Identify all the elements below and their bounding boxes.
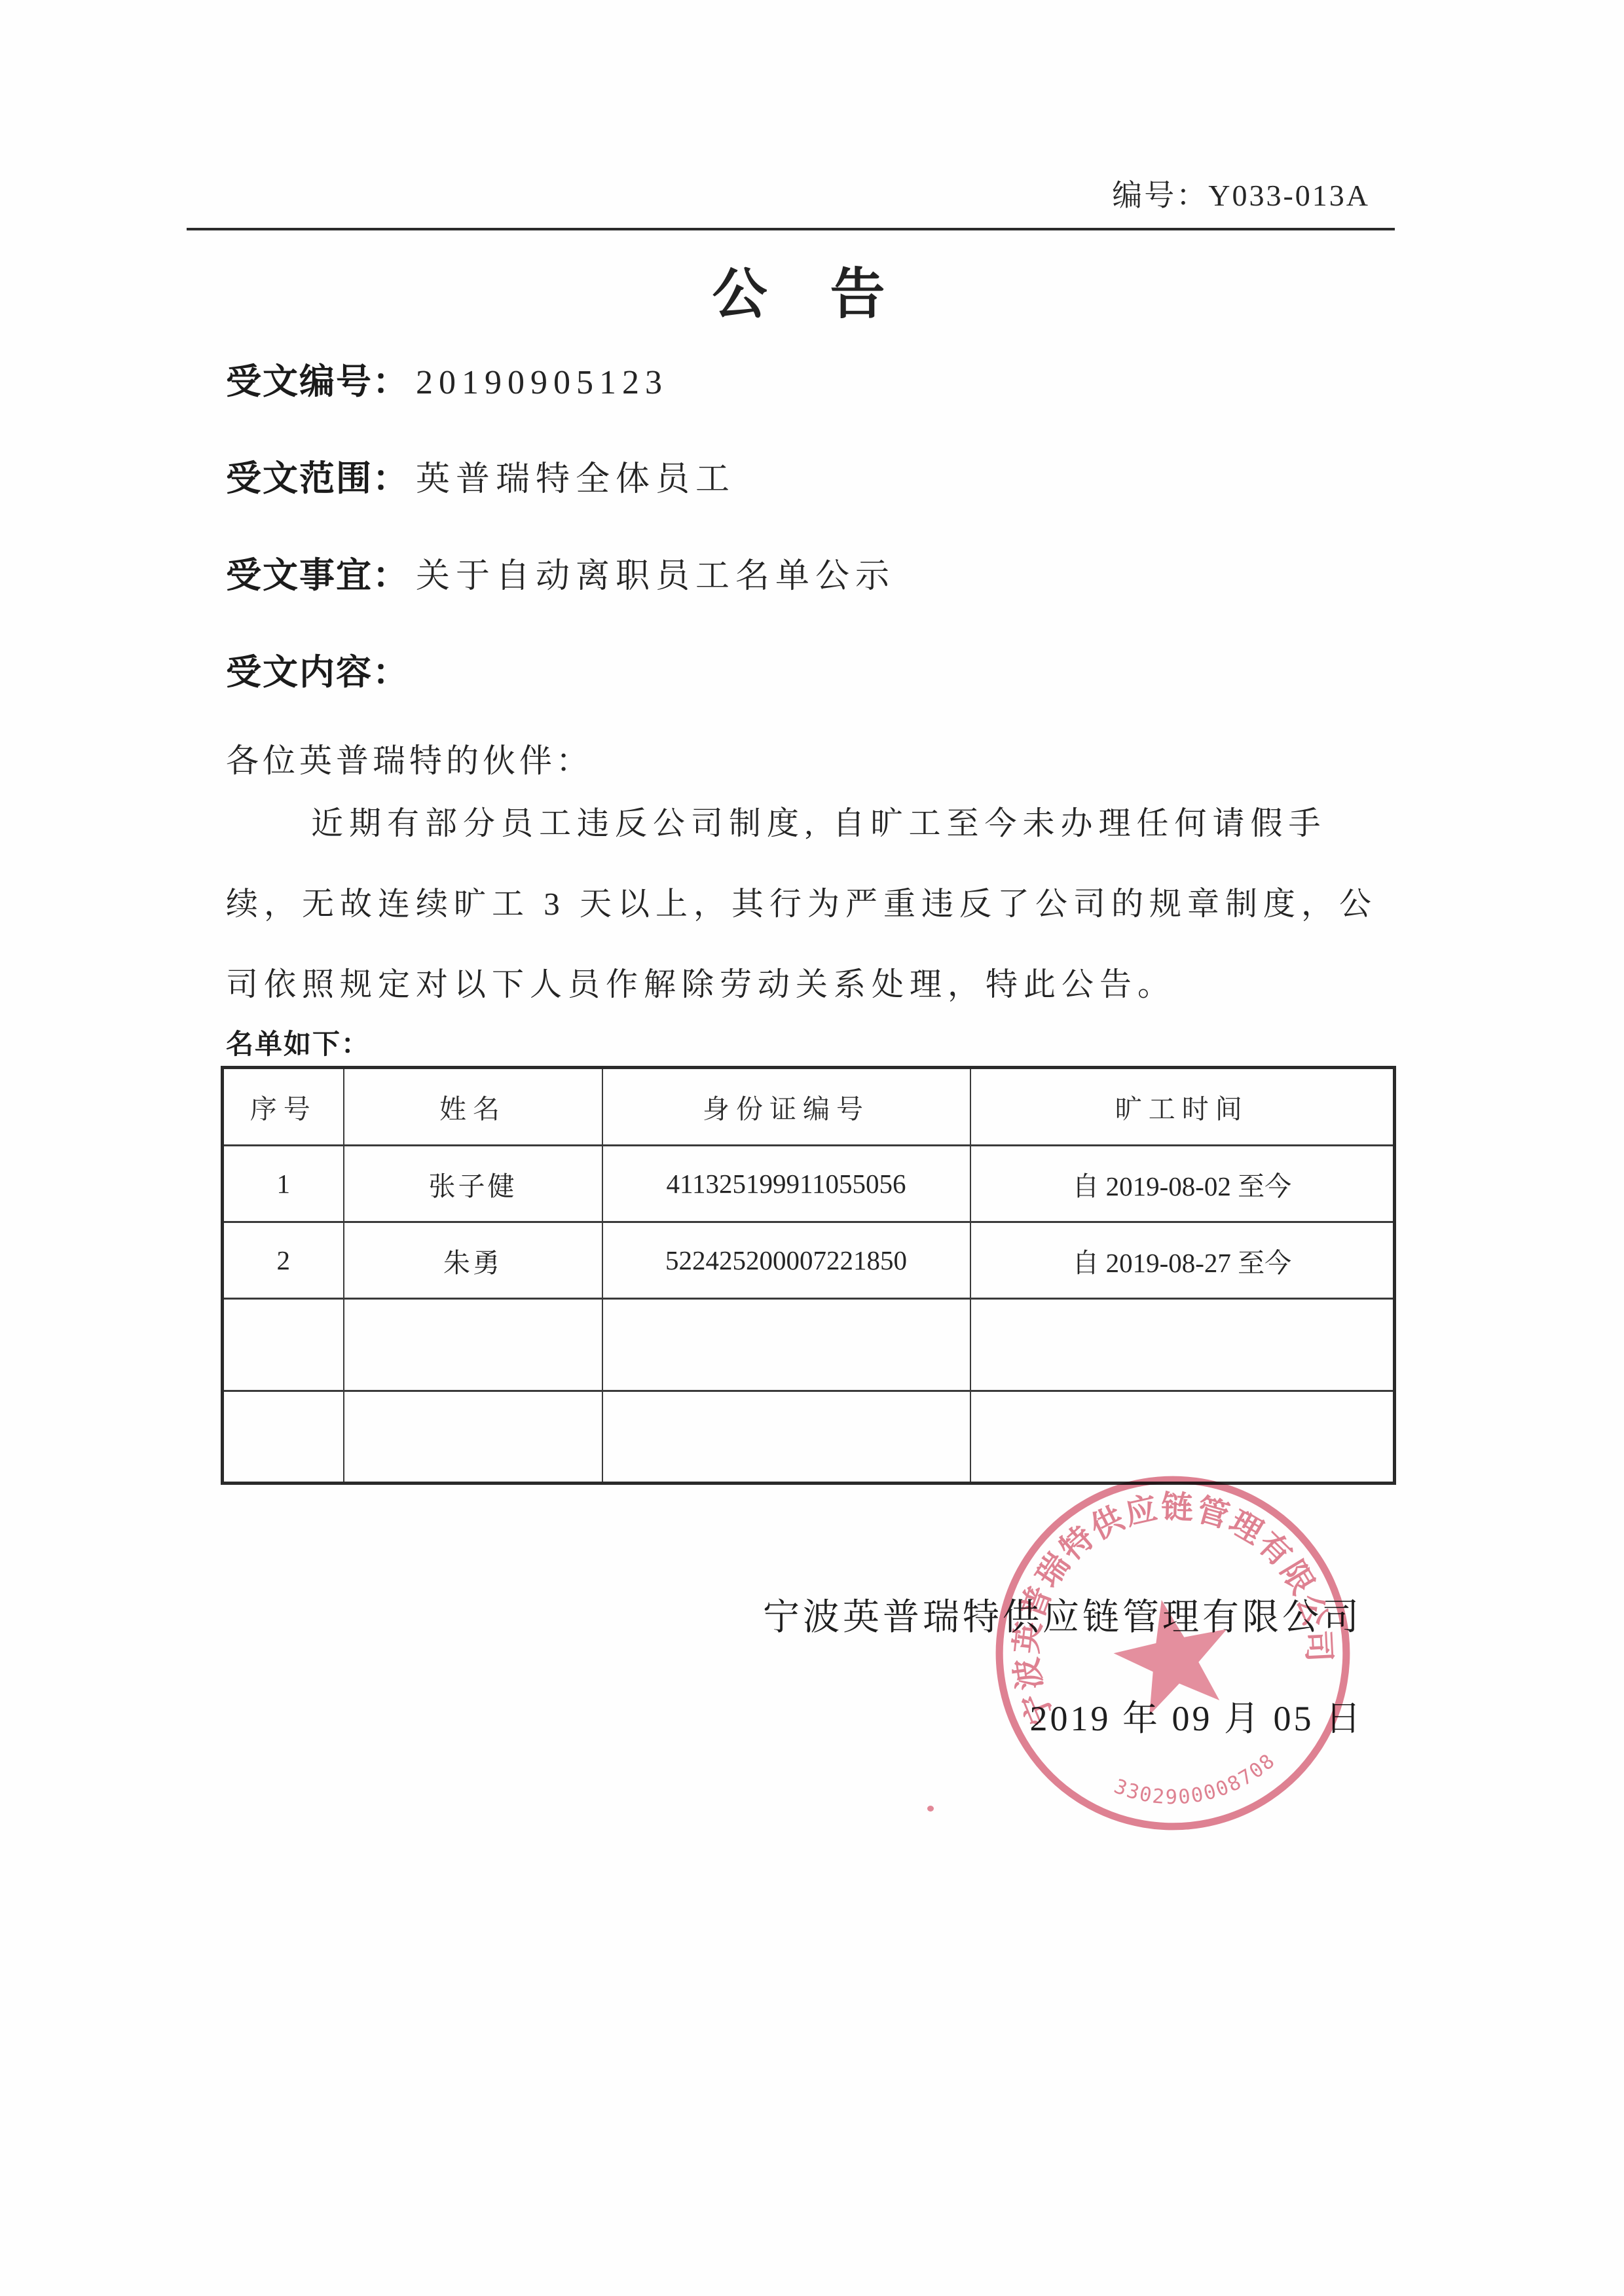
cell-id [602, 1299, 970, 1391]
page-title: 公 告 [226, 250, 1375, 329]
header-divider [187, 228, 1395, 230]
list-label: 名单如下： [226, 1023, 370, 1062]
field-scope: 受文范围：英普瑞特全体员工 [226, 450, 1405, 501]
cell-absence: 自 2019-08-02 至今 [970, 1146, 1395, 1222]
table-row: 1 张子健 411325199911055056 自 2019-08-02 至今 [223, 1146, 1395, 1222]
col-header-index: 序号 [223, 1068, 344, 1146]
field-doc-number: 受文编号：20190905123 [226, 354, 1405, 404]
table-row-empty [223, 1299, 1395, 1391]
cell-index: 2 [223, 1222, 344, 1299]
field-label: 受文内容： [226, 653, 409, 692]
col-header-id: 身份证编号 [602, 1068, 970, 1146]
field-label: 受文事宜： [226, 556, 409, 595]
body-line: 近期有部分员工违反公司制度, 自旷工至今未办理任何请假手 [226, 783, 1380, 864]
body-line: 司依照规定对以下人员作解除劳动关系处理，特此公告。 [226, 944, 1380, 1025]
ink-speck [927, 1806, 934, 1812]
doc-ref-number: 编号：Y033-013A [1112, 172, 1370, 215]
document-page: 编号：Y033-013A 公 告 受文编号：20190905123 受文范围：英… [0, 0, 1624, 2296]
greeting-line: 各位英普瑞特的伙伴： [226, 735, 593, 782]
seal-serial-text: 3302900008708 [1107, 1741, 1286, 1825]
cell-id: 522425200007221850 [602, 1222, 970, 1299]
field-label: 受文编号： [226, 362, 409, 401]
employee-table: 序号 姓名 身份证编号 旷工时间 1 张子健 41132519991105505… [221, 1066, 1396, 1485]
company-seal-stamp: 宁波英普瑞特供应链管理有限公司 3302900008708 [953, 1433, 1392, 1872]
col-header-absence: 旷工时间 [970, 1068, 1395, 1146]
field-value: 关于自动离职员工名单公示 [416, 558, 895, 595]
seal-serial-number: 3302900008708 [1107, 1741, 1286, 1825]
cell-name [344, 1391, 602, 1484]
body-line: 续，无故连续旷工 3 天以上，其行为严重违反了公司的规章制度，公 [226, 864, 1380, 944]
cell-absence: 自 2019-08-27 至今 [970, 1222, 1395, 1299]
field-content: 受文内容： [226, 644, 1405, 695]
body-paragraph: 近期有部分员工违反公司制度, 自旷工至今未办理任何请假手 续，无故连续旷工 3 … [226, 783, 1380, 1025]
field-label: 受文范围： [226, 459, 409, 498]
cell-index [223, 1299, 344, 1391]
seal-star-icon [1105, 1588, 1241, 1720]
field-value: 20190905123 [416, 364, 668, 401]
cell-index: 1 [223, 1146, 344, 1222]
cell-id [602, 1391, 970, 1484]
cell-name [344, 1299, 602, 1391]
cell-name: 张子健 [344, 1146, 602, 1222]
cell-name: 朱勇 [344, 1222, 602, 1299]
cell-id: 411325199911055056 [602, 1146, 970, 1222]
field-value: 英普瑞特全体员工 [416, 461, 735, 498]
cell-absence [970, 1299, 1395, 1391]
col-header-name: 姓名 [344, 1068, 602, 1146]
table-header-row: 序号 姓名 身份证编号 旷工时间 [223, 1068, 1395, 1146]
table-row: 2 朱勇 522425200007221850 自 2019-08-27 至今 [223, 1222, 1395, 1299]
cell-index [223, 1391, 344, 1484]
field-subject: 受文事宜：关于自动离职员工名单公示 [226, 547, 1405, 598]
